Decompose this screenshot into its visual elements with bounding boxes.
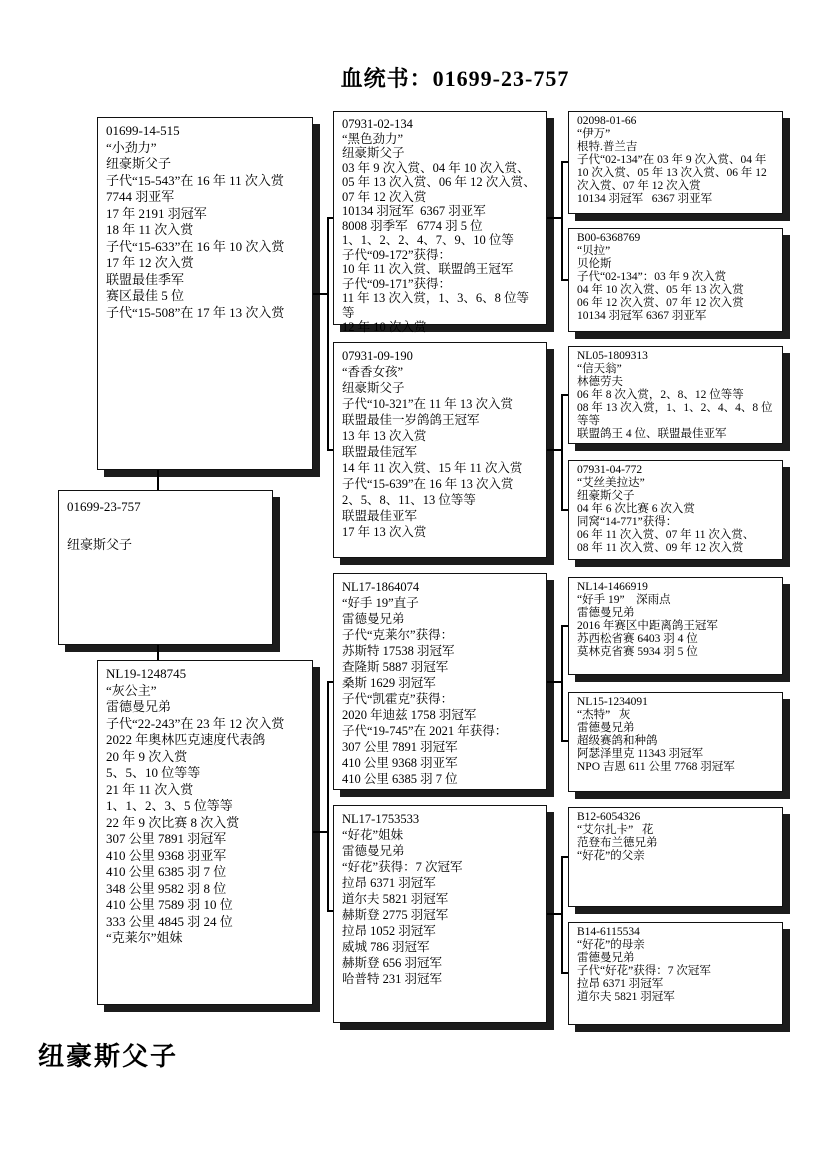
connector-gg3-stub xyxy=(561,394,568,396)
connector-grandparent-3-stub xyxy=(327,681,333,683)
pedigree-box-great-grandparent-5-text: NL14-1466919“好手 19” 深雨点雷德曼兄弟2016 年赛区中距离鸽… xyxy=(569,578,782,663)
page-title: 血统书：01699-23-757 xyxy=(90,62,820,93)
pedigree-box-great-grandparent-7-text: B12-6054326“艾尔扎卡” 花范登布兰德兄弟“好花”的父亲 xyxy=(569,808,782,867)
pedigree-box-grandparent-2: 07931-09-190“香香女孩”纽豪斯父子子代“10-321”在 11 年 … xyxy=(333,342,547,558)
pedigree-box-great-grandparent-3-text: NL05-1809313“信天翁”林德劳夫06 年 8 次入赏，2、8、12 位… xyxy=(569,347,782,445)
connector-gg6-stub xyxy=(561,740,568,742)
connector-gg8-stub xyxy=(561,972,568,974)
connector-grandparent-4-stub xyxy=(327,910,333,912)
connector-bracket-gg34 xyxy=(561,394,563,511)
connector-gg7-stub xyxy=(561,856,568,858)
pedigree-page: 血统书：01699-23-757 01699-23-757 纽豪斯父子 0169… xyxy=(0,0,820,1159)
connector-father-bracket xyxy=(327,217,329,451)
pedigree-box-mother-text: NL19-1248745“灰公主”雷德曼兄弟子代“22-243”在 23 年 1… xyxy=(98,661,312,951)
pedigree-box-great-grandparent-7: B12-6054326“艾尔扎卡” 花范登布兰德兄弟“好花”的父亲 xyxy=(568,807,783,907)
pedigree-box-grandparent-1-text: 07931-02-134“黑色劲力”纽豪斯父子03 年 9 次入赏、04 年 1… xyxy=(334,112,546,339)
pedigree-box-great-grandparent-8-text: B14-6115534“好花”的母亲雷德曼兄弟子代“好花”获得：7 次冠军拉昂 … xyxy=(569,923,782,1008)
connector-mother-bracket xyxy=(327,681,329,912)
connector-father-subject xyxy=(157,470,159,490)
pedigree-box-subject: 01699-23-757 纽豪斯父子 xyxy=(58,490,273,645)
pedigree-box-great-grandparent-6-text: NL15-1234091“杰特” 灰雷德曼兄弟超级赛鸽和种鸽阿瑟泽里克 1134… xyxy=(569,693,782,778)
pedigree-box-great-grandparent-2: B00-6368769“贝拉”贝伦斯子代“02-134”：03 年 9 次入赏0… xyxy=(568,228,783,332)
connector-gg2-stub xyxy=(561,279,568,281)
connector-gg1-stub xyxy=(561,161,568,163)
pedigree-box-great-grandparent-1-text: 02098-01-66“伊万”根特.普兰吉子代“02-134”在 03 年 9 … xyxy=(569,112,782,210)
footer-title: 纽豪斯父子 xyxy=(38,1036,178,1073)
pedigree-box-great-grandparent-8: B14-6115534“好花”的母亲雷德曼兄弟子代“好花”获得：7 次冠军拉昂 … xyxy=(568,922,783,1025)
pedigree-box-grandparent-3: NL17-1864074“好手 19”直子雷德曼兄弟子代“克莱尔”获得：苏斯特 … xyxy=(333,573,547,790)
pedigree-box-grandparent-4-text: NL17-1753533“好花”姐妹雷德曼兄弟“好花”获得：7 次冠军拉昂 63… xyxy=(334,806,546,991)
pedigree-box-grandparent-1: 07931-02-134“黑色劲力”纽豪斯父子03 年 9 次入赏、04 年 1… xyxy=(333,111,547,325)
pedigree-box-grandparent-4: NL17-1753533“好花”姐妹雷德曼兄弟“好花”获得：7 次冠军拉昂 63… xyxy=(333,805,547,1023)
connector-gg4-stub xyxy=(561,509,568,511)
pedigree-box-great-grandparent-4-text: 07931-04-772“艾丝美拉达”纽豪斯父子04 年 6 次比赛 6 次入赏… xyxy=(569,461,782,559)
pedigree-box-father-text: 01699-14-515“小劲力”纽豪斯父子子代“15-543”在 16 年 1… xyxy=(98,118,312,325)
pedigree-box-subject-text: 01699-23-757 纽豪斯父子 xyxy=(59,491,272,558)
pedigree-box-great-grandparent-4: 07931-04-772“艾丝美拉达”纽豪斯父子04 年 6 次比赛 6 次入赏… xyxy=(568,460,783,560)
connector-gg5-stub xyxy=(561,625,568,627)
pedigree-box-great-grandparent-5: NL14-1466919“好手 19” 深雨点雷德曼兄弟2016 年赛区中距离鸽… xyxy=(568,577,783,675)
connector-bracket-gg56 xyxy=(561,625,563,742)
pedigree-box-grandparent-3-text: NL17-1864074“好手 19”直子雷德曼兄弟子代“克莱尔”获得：苏斯特 … xyxy=(334,574,546,791)
pedigree-box-great-grandparent-3: NL05-1809313“信天翁”林德劳夫06 年 8 次入赏，2、8、12 位… xyxy=(568,346,783,444)
connector-grandparent-2-stub xyxy=(327,449,333,451)
connector-subject-mother xyxy=(157,645,159,660)
pedigree-box-father: 01699-14-515“小劲力”纽豪斯父子子代“15-543”在 16 年 1… xyxy=(97,117,313,470)
pedigree-box-great-grandparent-1: 02098-01-66“伊万”根特.普兰吉子代“02-134”在 03 年 9 … xyxy=(568,111,783,214)
pedigree-box-great-grandparent-6: NL15-1234091“杰特” 灰雷德曼兄弟超级赛鸽和种鸽阿瑟泽里克 1134… xyxy=(568,692,783,792)
pedigree-box-great-grandparent-2-text: B00-6368769“贝拉”贝伦斯子代“02-134”：03 年 9 次入赏0… xyxy=(569,229,782,327)
connector-bracket-gg78 xyxy=(561,856,563,974)
connector-grandparent-1-stub xyxy=(327,217,333,219)
pedigree-box-grandparent-2-text: 07931-09-190“香香女孩”纽豪斯父子子代“10-321”在 11 年 … xyxy=(334,343,546,544)
connector-bracket-gg12 xyxy=(561,161,563,281)
pedigree-box-mother: NL19-1248745“灰公主”雷德曼兄弟子代“22-243”在 23 年 1… xyxy=(97,660,313,1005)
